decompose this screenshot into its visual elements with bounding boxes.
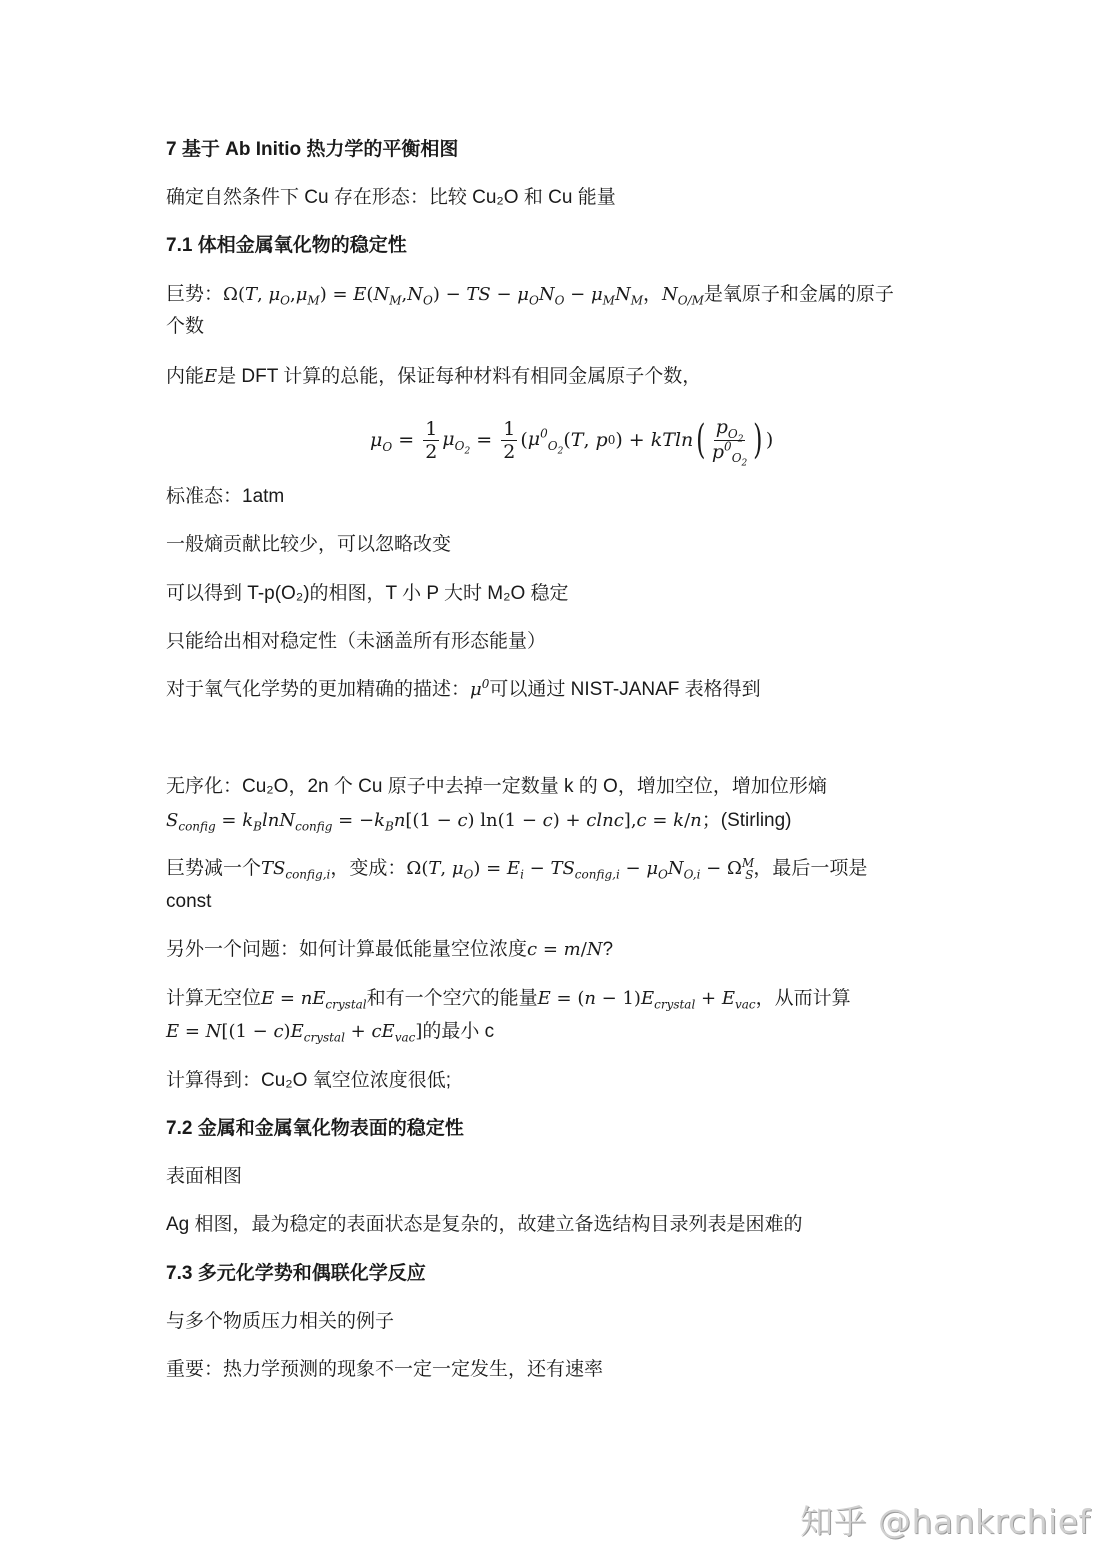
calc-text-d: 的最小 c: [422, 1021, 494, 1042]
entropy-note-text: 一般熵贡献比较少，可以忽略改变: [166, 533, 451, 557]
grand-minus-continuation: const: [166, 890, 211, 914]
important-note-text: 重要：热力学预测的现象不一定一定发生，还有速率: [166, 1358, 603, 1382]
calc-text-a: 计算无空位: [166, 988, 261, 1009]
internal-energy-text-a: 内能: [166, 366, 204, 387]
grand-potential-continuation: 个数: [166, 315, 204, 339]
ag-phase-text: Ag 相图，最为稳定的表面状态是复杂的，故建立备选结构目录列表是困难的: [166, 1213, 803, 1237]
question-line: 另外一个问题：如何计算最低能量空位浓度c = m/N?: [166, 938, 613, 962]
multi-pressure-text: 与多个物质压力相关的例子: [166, 1310, 394, 1334]
page-title: 7 基于 Ab Initio 热力学的平衡相图: [166, 138, 458, 162]
grand-minus-text-a: 巨势减一个: [166, 858, 261, 879]
disorder-text: 无序化：Cu₂O，2n 个 Cu 原子中去掉一定数量 k 的 O，增加空位，增加…: [166, 775, 827, 799]
relative-stability-text: 只能给出相对稳定性（未涵盖所有形态能量）: [166, 630, 546, 654]
grand-potential-line: 巨势：Ω(T, μO,μM) = E(NM,NO) − TS − μONO − …: [166, 283, 894, 307]
standard-state-text: 标准态：1atm: [166, 485, 284, 509]
calc-text-c: ，从而计算: [756, 988, 851, 1009]
surface-phase-text: 表面相图: [166, 1165, 242, 1189]
janaf-text-a: 对于氧气化学势的更加精确的描述：: [166, 679, 470, 700]
question-text: 另外一个问题：如何计算最低能量空位浓度: [166, 939, 527, 960]
mu-zero-symbol: μ0: [470, 679, 489, 700]
watermark: 知乎 @hankrchief: [800, 1496, 1091, 1543]
stirling-note: ；(Stirling): [702, 810, 792, 831]
sconfig-formula-line: Sconfig = kBlnNconfig = −kBn[(1 − c) ln(…: [166, 809, 792, 833]
janaf-line: 对于氧气化学势的更加精确的描述：μ0可以通过 NIST-JANAF 表格得到: [166, 678, 761, 702]
janaf-text-b: 可以通过 NIST-JANAF 表格得到: [489, 679, 760, 700]
calc-text-b: 和有一个空穴的能量: [367, 988, 538, 1009]
grand-potential-label: 巨势：: [166, 284, 223, 305]
grand-potential-formula: Ω(T, μO,μM) = E(NM,NO) − TS − μONO − μMN…: [223, 284, 643, 305]
section-heading-7-2: 7.2 金属和金属氧化物表面的稳定性: [166, 1117, 464, 1141]
grand-minus-text-b: ，变成：: [330, 858, 406, 879]
chemical-potential-equation: μO = 12 μO2 = 12 (μ0O2(T, p0) + kTln ( p…: [370, 410, 773, 470]
section-heading-7-1: 7.1 体相金属氧化物的稳定性: [166, 234, 407, 258]
internal-energy-text-b: 是 DFT 计算的总能，保证每种材料有相同金属原子个数，: [217, 366, 701, 387]
intro-text: 确定自然条件下 Cu 存在形态：比较 Cu₂O 和 Cu 能量: [166, 186, 616, 210]
phase-diagram-note-text: 可以得到 T-p(O₂)的相图，T 小 P 大时 M₂O 稳定: [166, 582, 569, 606]
internal-energy-line: 内能E是 DFT 计算的总能，保证每种材料有相同金属原子个数，: [166, 365, 701, 389]
energy-variable: E: [204, 366, 217, 387]
grand-minus-text-c: ，最后一项是: [753, 858, 867, 879]
section-heading-7-3: 7.3 多元化学势和偶联化学反应: [166, 1262, 426, 1286]
calc-line-continuation: E = N[(1 − c)Ecrystal + cEvac]的最小 c: [166, 1020, 494, 1044]
grand-minus-line: 巨势减一个TSconfig,i，变成：Ω(T, μO) = Ei − TScon…: [166, 857, 867, 881]
calc-line: 计算无空位E = nEcrystal和有一个空穴的能量E = (n − 1)Ec…: [166, 987, 851, 1011]
result-text: 计算得到：Cu₂O 氧空位浓度很低;: [166, 1069, 451, 1093]
